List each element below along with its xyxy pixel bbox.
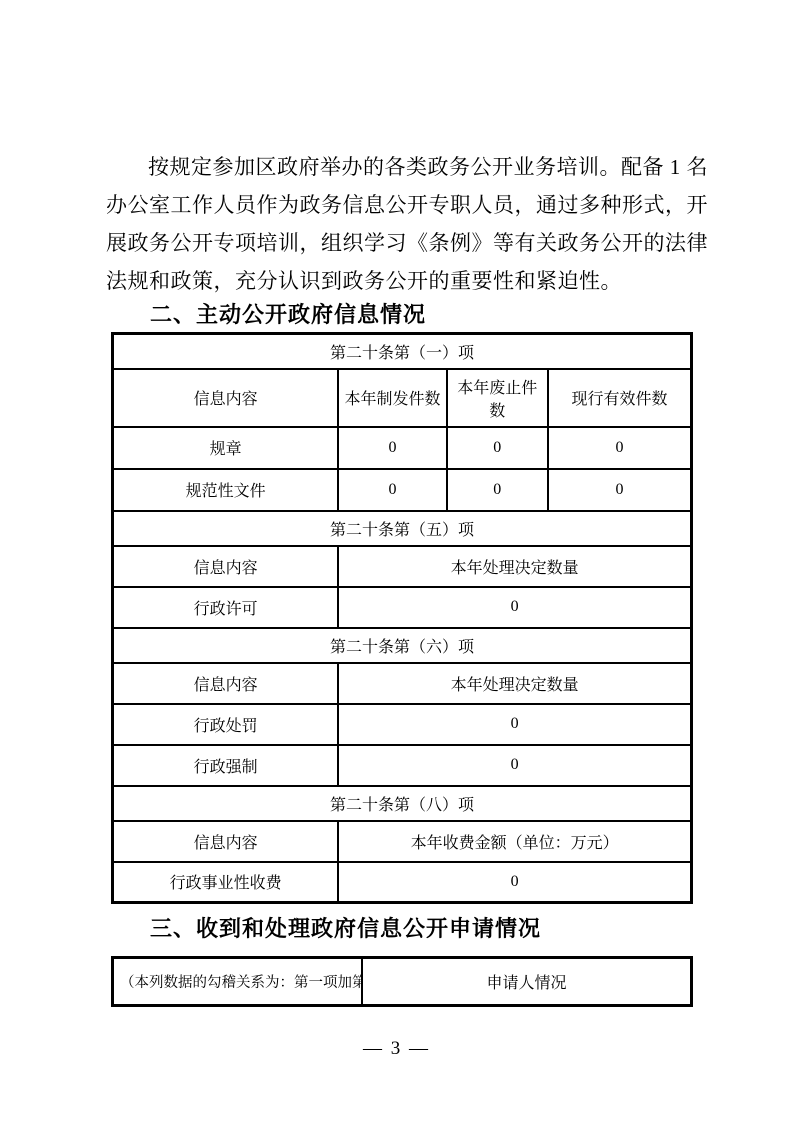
section-3-heading: 三、收到和处理政府信息公开申请情况 <box>150 914 708 944</box>
document-page: 按规定参加区政府举办的各类政务公开业务培训。配备 1 名办公室工作人员作为政务信… <box>0 0 793 1122</box>
table-row: 信息内容 本年处理决定数量 <box>113 546 692 587</box>
table-cell: 0 <box>338 862 691 903</box>
table-row: 第二十条第（一）项 <box>113 334 692 369</box>
section-span-cell: 第二十条第（六）项 <box>113 628 692 663</box>
table-cell: 行政强制 <box>113 745 339 786</box>
table-row: 第二十条第（八）项 <box>113 786 692 821</box>
table-cell: 规章 <box>113 427 339 469</box>
table-cell: 规范性文件 <box>113 469 339 511</box>
table-cell: 行政许可 <box>113 587 339 628</box>
section-span-cell: 第二十条第（五）项 <box>113 511 692 546</box>
table-row: 规范性文件 0 0 0 <box>113 469 692 511</box>
table-row: 第二十条第（六）项 <box>113 628 692 663</box>
table-cell: 0 <box>338 587 691 628</box>
table-cell: 0 <box>338 745 691 786</box>
table-cell: （本列数据的勾稽关系为：第一项加第二 <box>113 958 363 1006</box>
table-cell: 本年制发件数 <box>338 369 446 427</box>
table-row: 信息内容 本年制发件数 本年废止件数 现行有效件数 <box>113 369 692 427</box>
page-number: — 3 — <box>0 1038 793 1060</box>
table-cell: 0 <box>447 427 548 469</box>
table-cell: 行政处罚 <box>113 704 339 745</box>
body-paragraph: 按规定参加区政府举办的各类政务公开业务培训。配备 1 名办公室工作人员作为政务信… <box>106 148 708 300</box>
section-span-cell: 第二十条第（一）项 <box>113 334 692 369</box>
table-row: 规章 0 0 0 <box>113 427 692 469</box>
table-cell: 现行有效件数 <box>548 369 692 427</box>
table-cell: 0 <box>548 427 692 469</box>
table-cell: 信息内容 <box>113 821 339 862</box>
table-cell: 0 <box>548 469 692 511</box>
table-row: 信息内容 本年处理决定数量 <box>113 663 692 704</box>
table-cell: 行政事业性收费 <box>113 862 339 903</box>
table-row: 行政强制 0 <box>113 745 692 786</box>
section-2-heading: 二、主动公开政府信息情况 <box>150 300 708 330</box>
application-table: （本列数据的勾稽关系为：第一项加第二 申请人情况 <box>111 956 693 1007</box>
table-cell: 本年处理决定数量 <box>338 546 691 587</box>
table-row: 行政处罚 0 <box>113 704 692 745</box>
table-cell: 本年废止件数 <box>447 369 548 427</box>
table-row: 第二十条第（五）项 <box>113 511 692 546</box>
table-cell: 信息内容 <box>113 369 339 427</box>
table-row: 信息内容 本年收费金额（单位：万元） <box>113 821 692 862</box>
table-cell: 0 <box>338 704 691 745</box>
section-span-cell: 第二十条第（八）项 <box>113 786 692 821</box>
table-cell: 信息内容 <box>113 546 339 587</box>
table-cell: 0 <box>338 469 446 511</box>
table-row: 行政许可 0 <box>113 587 692 628</box>
table-cell: 信息内容 <box>113 663 339 704</box>
active-disclosure-table: 第二十条第（一）项 信息内容 本年制发件数 本年废止件数 现行有效件数 规章 0… <box>111 332 693 904</box>
table-cell: 0 <box>447 469 548 511</box>
table-row: （本列数据的勾稽关系为：第一项加第二 申请人情况 <box>113 958 692 1006</box>
table-cell: 本年处理决定数量 <box>338 663 691 704</box>
table-row: 行政事业性收费 0 <box>113 862 692 903</box>
table-cell: 申请人情况 <box>362 958 691 1006</box>
table-cell: 本年收费金额（单位：万元） <box>338 821 691 862</box>
table-cell: 0 <box>338 427 446 469</box>
